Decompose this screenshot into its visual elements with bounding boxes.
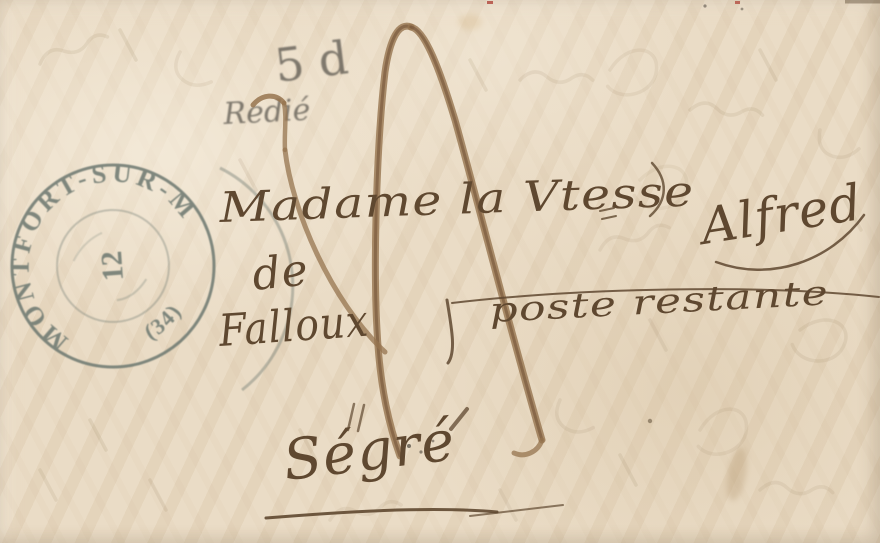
cover-scan-svg: MONTFORT-SUR-M (34) 12 5 d Redié Madame [0,0,880,543]
accent-flourish [451,409,467,429]
postmark-stamp: MONTFORT-SUR-M (34) 12 [0,114,261,414]
letter-cover: MONTFORT-SUR-M (34) 12 5 d Redié Madame [0,0,880,543]
dark-speck [703,4,706,7]
arch-right-end-hook [514,440,542,455]
yellow-stain [458,14,482,30]
ink-speck [648,419,652,423]
rate-mark-text: 5 d [272,30,351,93]
postmark-town-text: MONTFORT-SUR-M [0,114,212,359]
arch-stroke-right [411,27,542,440]
paper-stains [458,0,880,502]
address-line2-poste-restante: poste restante [488,273,830,331]
address-line2-de: de [250,244,311,301]
dark-speck [432,440,435,443]
address-line2-surname: Falloux [216,296,370,357]
dark-speck [407,444,411,448]
arch-stroke-left [375,26,411,456]
brown-stain [723,446,750,502]
town-underline [266,510,497,518]
edge-shadow [845,0,880,4]
postmark-day-text: 12 [95,250,130,282]
address-line3-town: Ségré [280,408,459,494]
dark-speck [419,450,422,453]
dark-speck [741,8,744,11]
red-speck [487,1,493,4]
address-line1-name: Alfred [693,173,866,256]
pen-arch-strokes [284,26,542,456]
arch-branch-top [284,103,285,150]
red-speck [735,1,740,4]
p-descender-flourish [447,300,453,363]
address-block: Madame la Vtesse Alfred de Falloux poste… [216,163,879,518]
